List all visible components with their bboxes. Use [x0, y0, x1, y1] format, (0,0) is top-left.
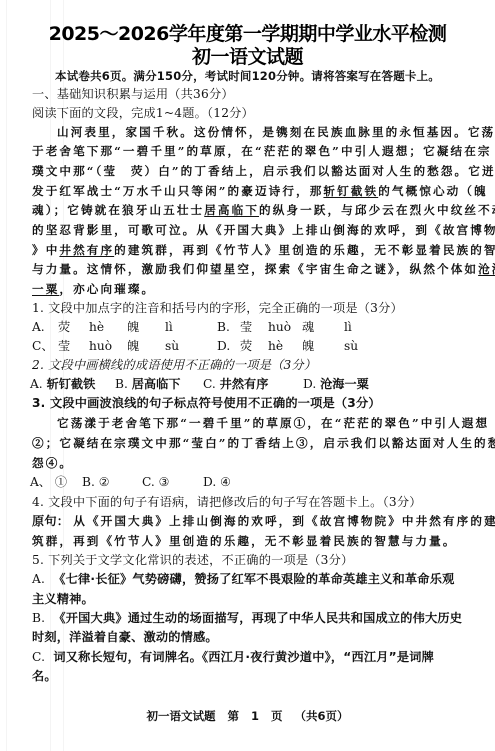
q3-quote: ②；它凝结在宗璞文中那“莹白”的丁香结上③，启示我们以豁达面对人生的愁 — [32, 434, 467, 452]
question-2: 2. 文段中画横线的成语使用不正确的一项是（3分） — [32, 356, 467, 374]
question-5: 5. 下列关于文学文化常识的表述，不正确的一项是（3分） — [32, 551, 467, 569]
q5-option-a: A. 《七律·长征》气势磅礴，赞扬了红军不畏艰险的革命英雄主义和革命乐观 — [32, 570, 467, 588]
q5-option-b: B. 《开国大典》通过生动的场面描写，再现了中华人民共和国成立的伟大历史 — [32, 609, 467, 627]
q5-option-a-cont: 主义精神。 — [32, 590, 467, 608]
footer-subject: 初一语文试题 — [146, 709, 215, 723]
exam-title: 2025～2026学年度第一学期期中学业水平检测 — [0, 22, 495, 46]
passage-line: 一粟，亦心向璀璨。 — [32, 280, 467, 298]
footer-page-number: 第 1 页 — [227, 709, 282, 723]
reading-prompt: 阅读下面的文段，完成1~4题。（12分） — [32, 104, 467, 122]
question-3: 3. 文段中画波浪线的句子标点符号使用不正确的一项是（3分） — [32, 394, 467, 412]
passage-line: 璞文中那“（莹 荧）白”的丁香结上，启示我们以豁达面对人生的愁怨。它迸 — [32, 162, 467, 180]
scan-edge — [6, 0, 7, 751]
question-1: 1. 文段中加点字的注音和括号内的字形，完全正确的一项是（3分） — [32, 299, 467, 317]
passage-line: 山河表里，家国千秋。这份情怀，是镌刻在民族血脉里的永恒基因。它荡漾 — [57, 123, 467, 141]
passage-line: 》中井然有序的建筑群，再到《竹节人》里创造的乐趣，无不彰显着民族的智慧 — [32, 241, 467, 259]
underlined-idiom: 井然有序 — [59, 243, 114, 257]
passage-line: 发于红军战士“万水千山只等闲”的豪迈诗行，那斩钉截铁的气概惊心动（魄 — [32, 182, 467, 200]
q4-original: 筑群，再到《竹节人》里创造的乐趣，无不彰显着民族的智慧与力量。 — [32, 532, 467, 550]
q5-option-b-cont: 时刻，洋溢着自豪、激动的情感。 — [32, 628, 467, 646]
passage-line: 的坚忍背影里，可歌可泣。从《开国大典》上排山倒海的欢呼，到《故宫博物院 — [32, 221, 467, 239]
exam-page: 2025～2026学年度第一学期期中学业水平检测 初一语文试题 本试卷共6页。满… — [0, 0, 495, 751]
underlined-idiom: 居高临下 — [204, 203, 259, 217]
underlined-idiom: 一粟 — [32, 282, 59, 296]
exam-subtitle: 初一语文试题 — [0, 45, 495, 69]
underlined-idiom: 沧海 — [478, 262, 495, 276]
section-heading: 一、基础知识积累与运用（共36分） — [32, 85, 467, 103]
passage-line: 与力量。这情怀，激励我们仰望星空，探索《宇宙生命之谜》，纵然个体如沧海 — [32, 260, 467, 278]
footer-total-pages: （共6页） — [295, 709, 349, 723]
passage-line: 于老舍笔下那“一碧千里”的草原，在“茫茫的翠色”中引人遐想；它凝结在宗 — [32, 142, 467, 160]
q3-quote: 怨④。 — [32, 454, 467, 472]
passage-line: 魂）；它铸就在狼牙山五壮士居高临下的纵身一跃，与邱少云在烈火中纹丝不动 — [32, 201, 467, 219]
question-4: 4. 文段中下面的句子有语病，请把修改后的句子写在答题卡上。（3分） — [32, 493, 467, 511]
underlined-idiom: 斩钉截铁 — [323, 184, 378, 198]
instructions: 本试卷共6页。满分150分，考试时间120分钟。请将答案写在答题卡上。 — [55, 67, 467, 85]
q5-option-c: C. 词又称长短句，有词牌名。《西江月·夜行黄沙道中》，“西江月”是词牌 — [32, 648, 467, 666]
page-footer: 初一语文试题 第 1 页 （共6页） — [0, 708, 495, 724]
q4-original: 原句： 从《开国大典》上排山倒海的欢呼，到《故宫博物院》中井然有序的建 — [32, 512, 467, 530]
q3-quote: 它荡漾于老舍笔下那“一碧千里”的草原①，在“茫茫的翠色”中引人遐想 — [57, 414, 467, 432]
q5-option-c-cont: 名。 — [32, 667, 467, 685]
